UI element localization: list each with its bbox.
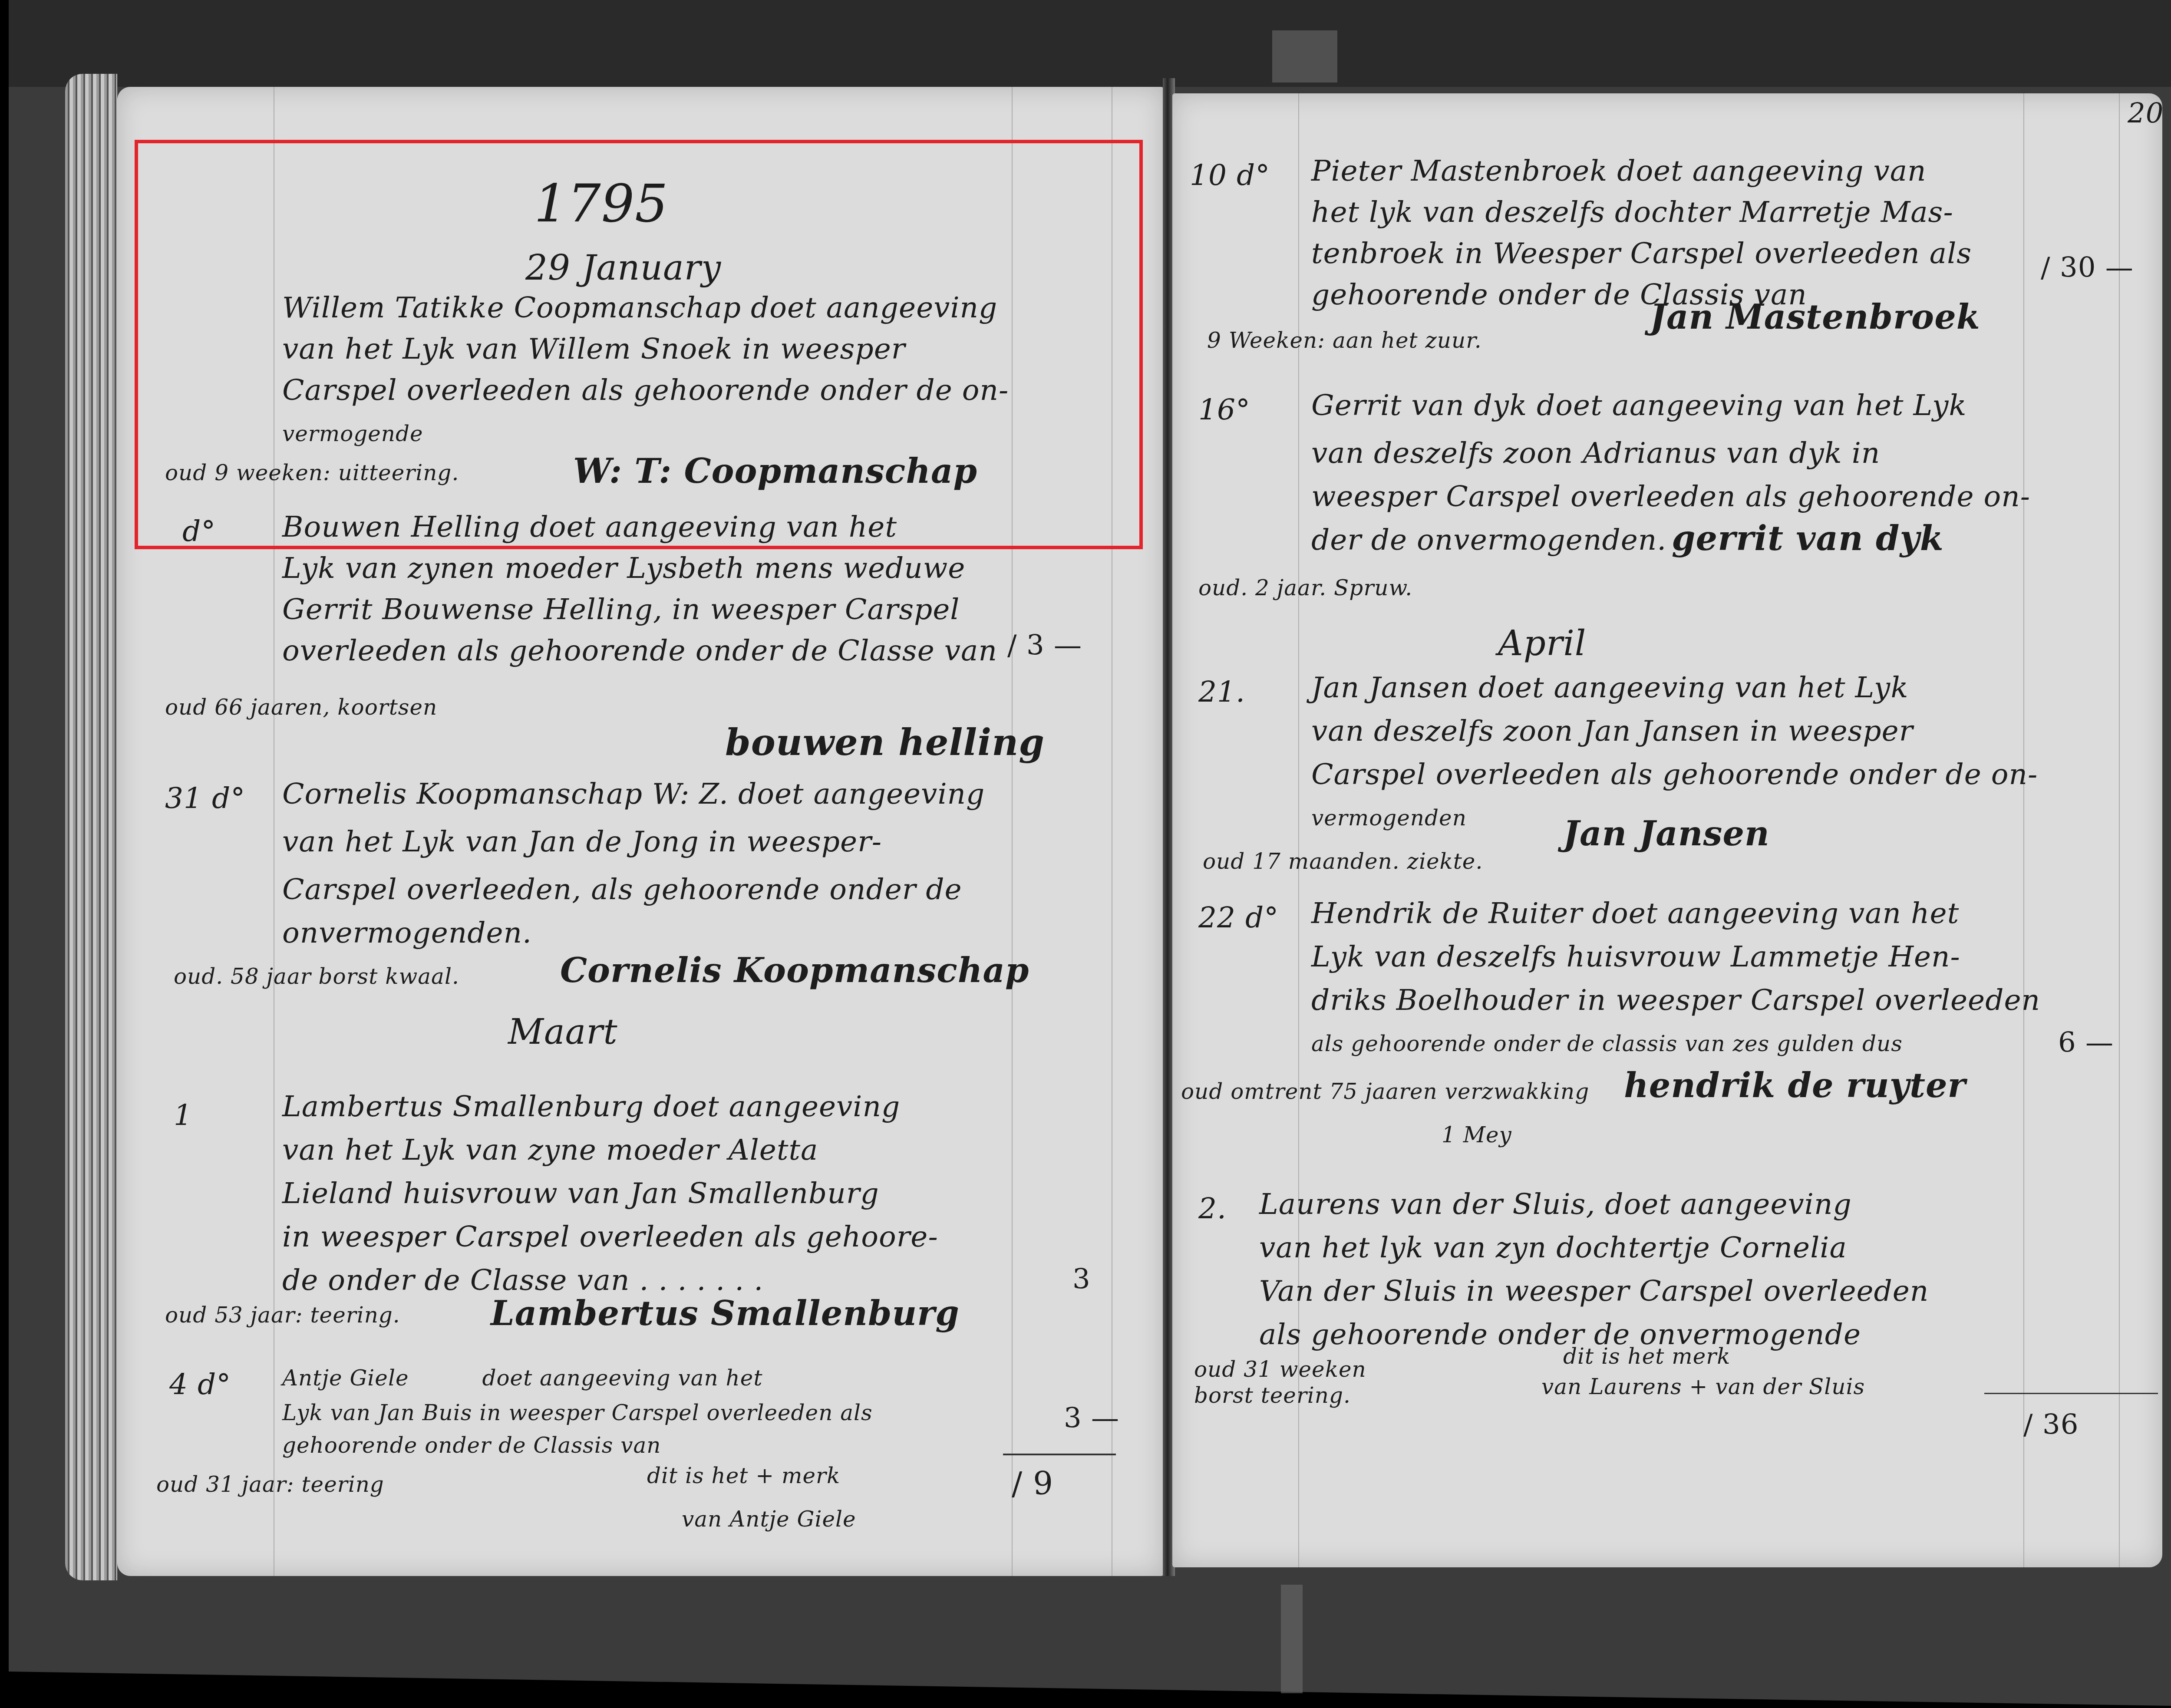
entry-line: Lyk van deszelfs huisvrouw Lammetje Hen- (1311, 940, 1960, 973)
signature: hendrik de ruyter (1624, 1066, 1966, 1105)
page-number: 20 (2128, 98, 2164, 130)
entry-line: Gerrit Bouwense Helling, in weesper Cars… (282, 593, 960, 626)
age-cause: oud 53 jaar: teering. (165, 1302, 400, 1328)
binding-tab-bottom (1281, 1585, 1303, 1693)
entry-date: 2. (1198, 1192, 1227, 1225)
entry-line: Jan Jansen doet aangeeving van het Lyk (1311, 671, 1908, 704)
signature: Lambertus Smallenburg (491, 1294, 960, 1333)
month-heading: Maart (508, 1012, 618, 1052)
entry-line: Lambertus Smallenburg doet aangeeving (282, 1090, 900, 1123)
entry-line: Carspel overleeden als gehoorende onder … (282, 373, 1009, 407)
entry-line: Laurens van der Sluis, doet aangeeving (1259, 1187, 1852, 1221)
entry-line: Van der Sluis in weesper Carspel overlee… (1259, 1274, 1929, 1308)
fee-amount: 6 — (2058, 1027, 2114, 1059)
subtotal-line (1984, 1393, 2158, 1394)
age-cause: oud 31 jaar: teering (156, 1472, 384, 1497)
age-cause: oud 66 jaaren, koortsen (165, 695, 437, 720)
fee-amount: 3 (1072, 1263, 1091, 1296)
entry-date: 21. (1198, 675, 1245, 709)
entry-line: Bouwen Helling doet aangeeving van het (282, 510, 897, 544)
right-page: 20 10 d° Pieter Mastenbroek doet aangeev… (1172, 93, 2162, 1567)
amount-rule (2023, 93, 2024, 1567)
mark-line: dit is het merk (1563, 1344, 1731, 1369)
entry-line: weesper Carspel overleeden als gehoorend… (1311, 480, 2030, 513)
month-heading: April (1498, 623, 1586, 663)
entry-line: der de onvermogenden. (1311, 523, 1666, 557)
entry-line: Willem Tatikke Coopmanschap doet aangeev… (282, 291, 997, 324)
subtotal-amount: / 9 (1012, 1465, 1053, 1502)
entry-line: gehoorende onder de Classis van (282, 1433, 661, 1458)
entry-date: 4 d° (169, 1368, 231, 1401)
amount-rule-2 (1112, 87, 1112, 1576)
entry-line: van het Lyk van zyne moeder Aletta (282, 1133, 818, 1167)
age-cause: borst teering. (1194, 1383, 1351, 1408)
entry-line: als gehoorende onder de classis van zes … (1311, 1031, 1903, 1056)
entry-line: vermogende (282, 421, 423, 446)
entry-line: in weesper Carspel overleeden als gehoor… (282, 1220, 938, 1253)
entry-line: Lieland huisvrouw van Jan Smallenburg (282, 1177, 879, 1210)
entry-line: van het Lyk van Jan de Jong in weesper- (282, 825, 882, 858)
entry-line: tenbroek in Weesper Carspel overleeden a… (1311, 237, 1972, 270)
entry-date: 10 d° (1190, 158, 1270, 192)
signature: Cornelis Koopmanschap (560, 951, 1029, 990)
mark-line: van Antje Giele (682, 1507, 856, 1532)
signature: W: T: Coopmanschap (573, 452, 977, 491)
date-heading: 29 January (525, 247, 721, 288)
entry-line: vermogenden (1311, 805, 1467, 831)
entry-line: van deszelfs zoon Jan Jansen in weesper (1311, 714, 1913, 748)
entry-line: Hendrik de Ruiter doet aangeeving van he… (1311, 897, 1959, 930)
entry-line: Lyk van Jan Buis in weesper Carspel over… (282, 1400, 873, 1425)
entry-line: Lyk van zynen moeder Lysbeth mens weduwe (282, 551, 965, 585)
entry-line: van het Lyk van Willem Snoek in weesper (282, 332, 905, 366)
entry-line: driks Boelhouder in weesper Carspel over… (1311, 983, 2040, 1017)
subtotal-line (1003, 1454, 1116, 1455)
signature: Jan Mastenbroek (1650, 297, 1980, 337)
entry-line: overleeden als gehoorende onder de Class… (282, 634, 997, 667)
entry-line: van het lyk van zyn dochtertje Cornelia (1259, 1231, 1847, 1264)
entry-line: als gehoorende onder de onvermogende (1259, 1318, 1861, 1351)
signature: gerrit van dyk (1672, 519, 1944, 558)
age-cause: oud. 2 jaar. Spruw. (1198, 575, 1412, 600)
margin-rule (274, 87, 274, 1576)
entry-line: Cornelis Koopmanschap W: Z. doet aangeev… (282, 777, 985, 811)
entry-date: 22 d° (1198, 901, 1279, 934)
subtotal-amount: / 36 (2023, 1409, 2079, 1441)
entry-line: Antje Giele doet aangeeving van het (282, 1365, 763, 1391)
scan-top-shadow (9, 0, 2171, 87)
entry-date: 31 d° (165, 781, 245, 815)
signature: Jan Jansen (1563, 814, 1770, 854)
entry-line: onvermogenden. (282, 916, 532, 950)
age-cause: oud omtrent 75 jaaren verzwakking (1181, 1079, 1589, 1104)
age-cause: oud 17 maanden. ziekte. (1203, 849, 1483, 874)
entry-line: van deszelfs zoon Adrianus van dyk in (1311, 436, 1880, 470)
mark-line: dit is het + merk (647, 1463, 840, 1488)
amount-rule-2 (2119, 93, 2120, 1567)
entry-line: Gerrit van dyk doet aangeeving van het L… (1311, 389, 1967, 422)
year-heading: 1795 (534, 174, 668, 234)
age-cause: oud. 58 jaar borst kwaal. (174, 964, 459, 989)
signature: bouwen helling (725, 721, 1045, 764)
left-page: 1795 29 January Willem Tatikke Coopmansc… (117, 87, 1164, 1576)
entry-line: het lyk van deszelfs dochter Marretje Ma… (1311, 195, 1953, 229)
fee-amount: 3 — (1064, 1402, 1119, 1434)
fee-amount: / 30 — (2041, 252, 2134, 284)
page-stack-edges (65, 74, 117, 1580)
entry-line: Carspel overleeden, als gehoorende onder… (282, 873, 962, 906)
amount-rule (1012, 87, 1013, 1576)
age-cause: 9 Weeken: aan het zuur. (1207, 328, 1482, 353)
entry-line: Pieter Mastenbroek doet aangeeving van (1311, 154, 1927, 188)
binding-tab (1272, 30, 1337, 82)
age-cause: oud 31 weeken (1194, 1357, 1366, 1382)
fee-amount: / 3 — (1007, 630, 1082, 662)
month-heading: 1 Mey (1442, 1122, 1512, 1147)
entry-date: 1 (174, 1098, 192, 1132)
mark-line: van Laurens + van der Sluis (1541, 1374, 1865, 1399)
age-cause: oud 9 weeken: uitteering. (165, 460, 459, 485)
entry-date: 16° (1198, 393, 1250, 426)
entry-line: de onder de Classe van . . . . . . . (282, 1263, 763, 1297)
entry-line: Carspel overleeden als gehoorende onder … (1311, 758, 2038, 791)
entry-date: d° (182, 514, 216, 548)
